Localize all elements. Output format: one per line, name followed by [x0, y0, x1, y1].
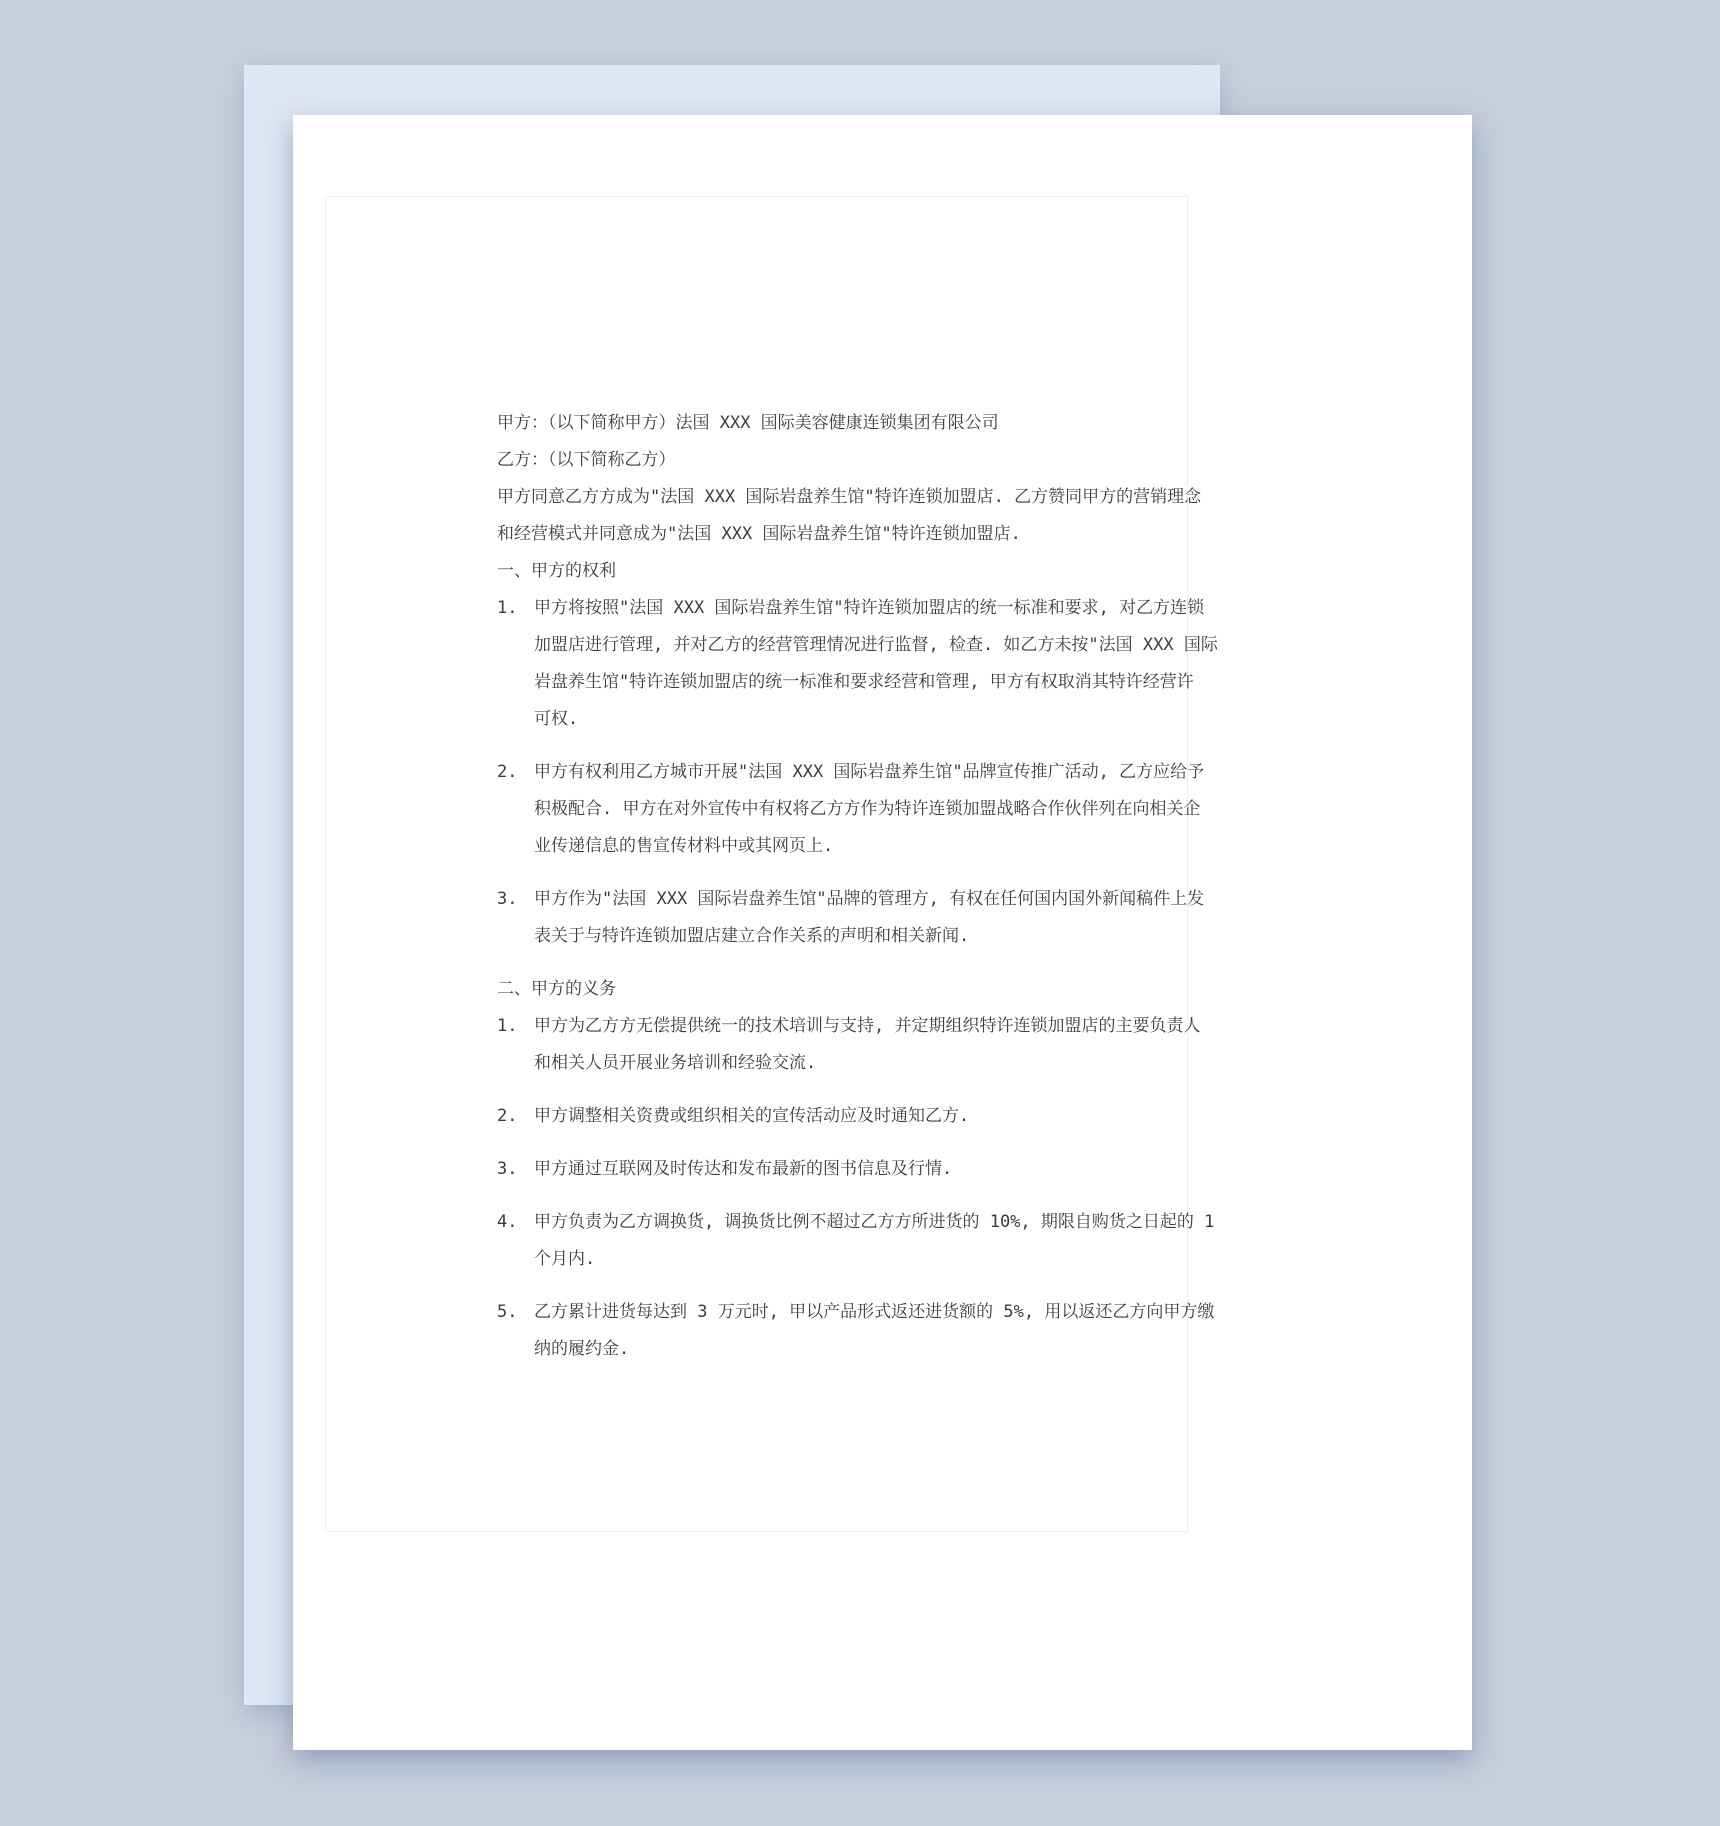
contract-body: 甲方：（以下简称甲方）法国 XXX 国际美容健康连锁集团有限公司 乙方：（以下简… [497, 405, 1157, 1384]
clause-rights-1: 1. 甲方将按照"法国 XXX 国际岩盘养生馆"特许连锁加盟店的统一标准和要求,… [497, 590, 1157, 738]
clause-number: 4. [497, 1204, 534, 1241]
clause-number: 2. [497, 1098, 534, 1135]
clause-obligations-3: 3. 甲方通过互联网及时传达和发布最新的图书信息及行情. [497, 1151, 1157, 1188]
clause-text: 甲方将按照"法国 XXX 国际岩盘养生馆"特许连锁加盟店的统一标准和要求, 对乙… [534, 590, 1218, 738]
section-heading-party-a-obligations: 二、甲方的义务 [497, 971, 1157, 1008]
clause-text: 甲方作为"法国 XXX 国际岩盘养生馆"品牌的管理方, 有权在任何国内国外新闻稿… [534, 881, 1204, 955]
intro-paragraph: 甲方同意乙方方成为"法国 XXX 国际岩盘养生馆"特许连锁加盟店. 乙方赞同甲方… [497, 479, 1157, 553]
document-page: 甲方：（以下简称甲方）法国 XXX 国际美容健康连锁集团有限公司 乙方：（以下简… [293, 115, 1472, 1750]
clause-number: 3. [497, 1151, 534, 1188]
clause-rights-3: 3. 甲方作为"法国 XXX 国际岩盘养生馆"品牌的管理方, 有权在任何国内国外… [497, 881, 1157, 955]
clause-text: 甲方有权利用乙方城市开展"法国 XXX 国际岩盘养生馆"品牌宣传推广活动, 乙方… [534, 754, 1204, 865]
clause-text: 甲方调整相关资费或组织相关的宣传活动应及时通知乙方. [534, 1098, 969, 1135]
clause-number: 1. [497, 590, 534, 627]
clause-text: 甲方负责为乙方调换货, 调换货比例不超过乙方方所进货的 10%, 期限自购货之日… [534, 1204, 1214, 1278]
clause-text: 乙方累计进货每达到 3 万元时, 甲以产品形式返还进货额的 5%, 用以返还乙方… [534, 1294, 1214, 1368]
clause-rights-2: 2. 甲方有权利用乙方城市开展"法国 XXX 国际岩盘养生馆"品牌宣传推广活动,… [497, 754, 1157, 865]
clause-text: 甲方通过互联网及时传达和发布最新的图书信息及行情. [534, 1151, 952, 1188]
clause-number: 3. [497, 881, 534, 918]
clause-obligations-4: 4. 甲方负责为乙方调换货, 调换货比例不超过乙方方所进货的 10%, 期限自购… [497, 1204, 1157, 1278]
section-heading-party-a-rights: 一、甲方的权利 [497, 553, 1157, 590]
clause-number: 5. [497, 1294, 534, 1331]
party-b-line: 乙方：（以下简称乙方） [497, 442, 1157, 479]
clause-number: 2. [497, 754, 534, 791]
desk-background: 甲方：（以下简称甲方）法国 XXX 国际美容健康连锁集团有限公司 乙方：（以下简… [0, 0, 1720, 1826]
clause-text: 甲方为乙方方无偿提供统一的技术培训与支持, 并定期组织特许连锁加盟店的主要负责人… [534, 1008, 1200, 1082]
clause-obligations-1: 1. 甲方为乙方方无偿提供统一的技术培训与支持, 并定期组织特许连锁加盟店的主要… [497, 1008, 1157, 1082]
clause-obligations-5: 5. 乙方累计进货每达到 3 万元时, 甲以产品形式返还进货额的 5%, 用以返… [497, 1294, 1157, 1368]
party-a-line: 甲方：（以下简称甲方）法国 XXX 国际美容健康连锁集团有限公司 [497, 405, 1157, 442]
clause-obligations-2: 2. 甲方调整相关资费或组织相关的宣传活动应及时通知乙方. [497, 1098, 1157, 1135]
clause-number: 1. [497, 1008, 534, 1045]
